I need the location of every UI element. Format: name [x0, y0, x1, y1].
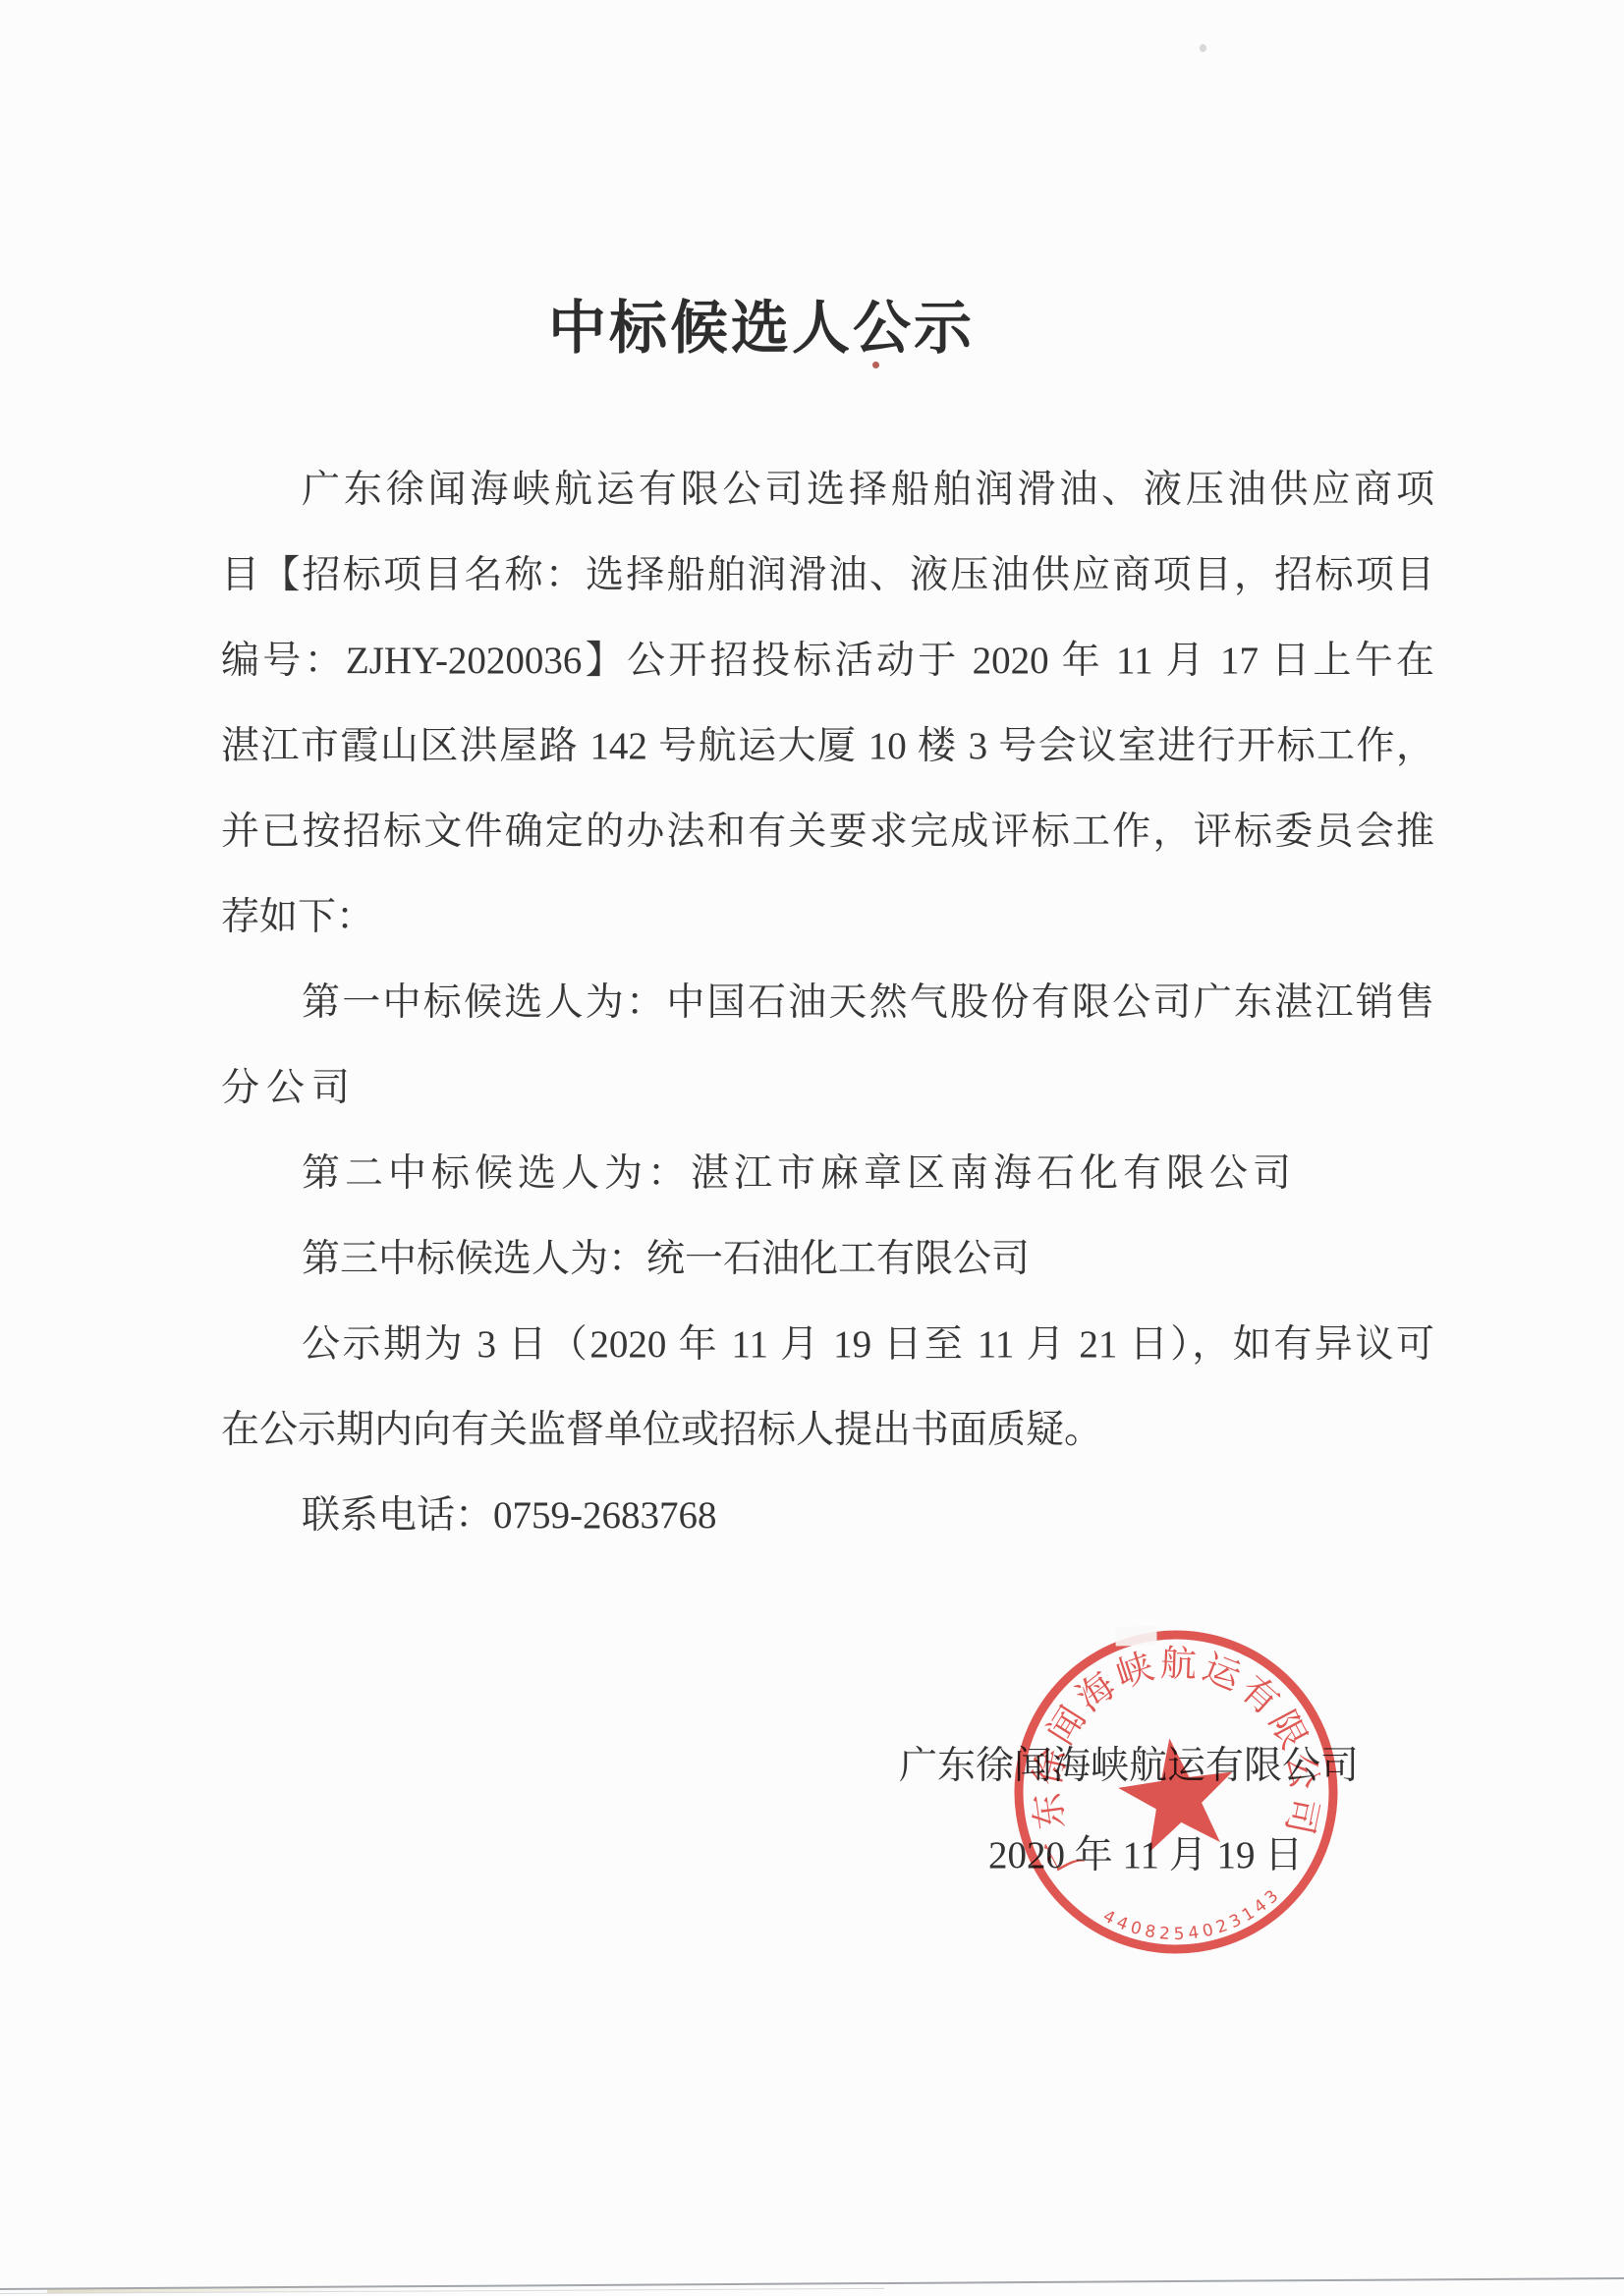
document-body: 广东徐闻海峡航运有限公司选择船舶润滑油、液压油供应商项 目【招标项目名称：选择船… [221, 447, 1434, 1558]
body-line: 荐如下： [221, 874, 1434, 960]
scanned-document-page: 中标候选人公示 广东徐闻海峡航运有限公司选择船舶润滑油、液压油供应商项 目【招标… [0, 0, 1624, 2296]
body-line: 第三中标候选人为：统一石油化工有限公司 [221, 1216, 1434, 1302]
star-icon [1112, 1730, 1242, 1855]
page-title: 中标候选人公示 [548, 281, 975, 364]
company-seal: 广东徐闻海峡航运有限公司 4408254023143 [994, 1610, 1358, 1974]
body-line: 编号：ZJHY-2020036】公开招投标活动于 2020 年 11 月 17 … [221, 618, 1434, 703]
body-line: 第二中标候选人为：湛江市麻章区南海石化有限公司 [221, 1131, 1434, 1216]
body-line: 分公司 [221, 1045, 1434, 1131]
body-line: 目【招标项目名称：选择船舶润滑油、液压油供应商项目，招标项目 [221, 532, 1434, 618]
body-line: 第一中标候选人为：中国石油天然气股份有限公司广东湛江销售 [221, 960, 1434, 1045]
body-line: 公示期为 3 日（2020 年 11 月 19 日至 11 月 21 日），如有… [221, 1302, 1434, 1387]
body-line: 联系电话：0759-2683768 [221, 1473, 1434, 1558]
seal-ink-gap [1115, 1626, 1156, 1647]
body-line: 广东徐闻海峡航运有限公司选择船舶润滑油、液压油供应商项 [221, 447, 1434, 532]
scan-speck [1200, 44, 1206, 52]
body-line: 湛江市霞山区洪屋路 142 号航运大厦 10 楼 3 号会议室进行开标工作， [221, 703, 1434, 789]
body-line: 并已按招标文件确定的办法和有关要求完成评标工作，评标委员会推 [221, 789, 1434, 874]
body-line: 在公示期内向有关监督单位或招标人提出书面质疑。 [221, 1387, 1434, 1473]
